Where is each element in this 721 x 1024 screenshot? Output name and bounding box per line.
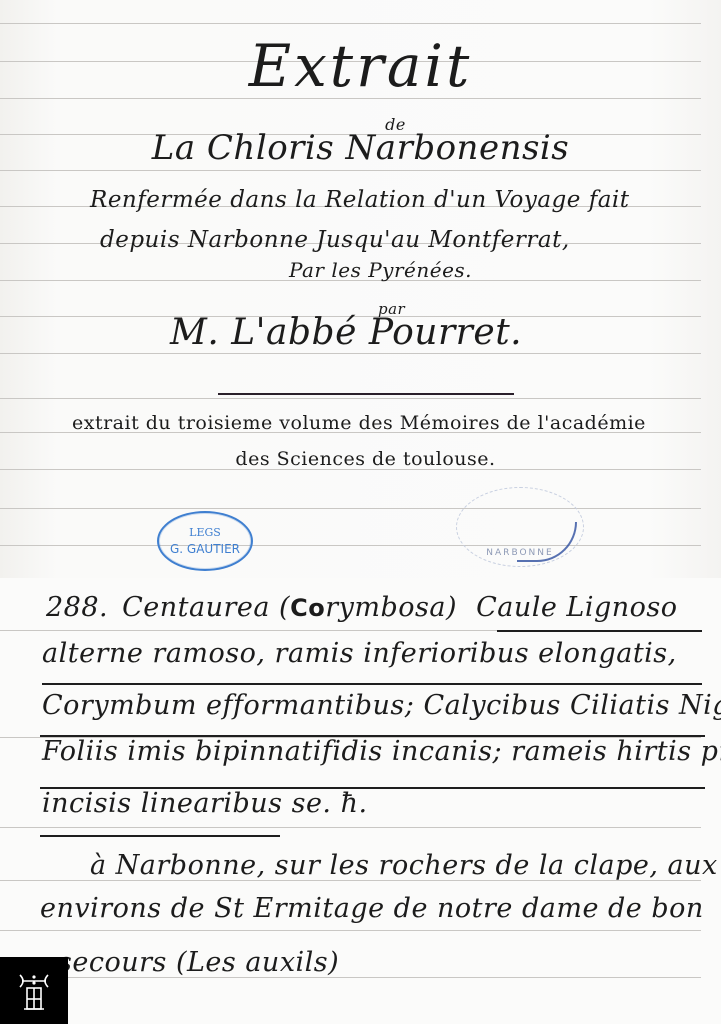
ruled-line — [0, 508, 701, 509]
entry-species-bold: Co — [290, 594, 325, 622]
ruled-line — [0, 827, 701, 828]
habitat-line-2: environs de St Ermitage de notre dame de… — [40, 893, 704, 924]
legs-gautier-stamp: LEGS G. GAUTIER — [157, 511, 253, 571]
subtitle-line-3: Par les Pyrénées. — [0, 258, 721, 282]
entry-line-3: Corymbum efformantibus; Calycibus Ciliat… — [42, 690, 721, 721]
subtitle-line-2: depuis Narbonne Jusqu'au Montferrat, — [100, 227, 570, 253]
ruled-line — [0, 170, 701, 171]
underline — [42, 683, 702, 685]
entry-species: rymbosa) — [325, 592, 457, 623]
subtitle-line-1: Renfermée dans la Relation d'un Voyage f… — [90, 187, 630, 213]
lighthouse-logo-icon — [12, 969, 56, 1013]
entry-line-2: alterne ramoso, ramis inferioribus elong… — [42, 638, 677, 669]
author-name: M. L'abbé Pourret. — [170, 312, 522, 353]
ruled-line — [0, 545, 701, 546]
library-logo-icon — [0, 957, 68, 1024]
source-line-2: des Sciences de toulouse. — [0, 448, 721, 470]
entry-line-4: Foliis imis bipinnatifidis incanis; rame… — [42, 736, 721, 767]
entry-genus: Centaurea ( — [122, 592, 290, 623]
habitat-line-1: à Narbonne, sur les rochers de la clape,… — [90, 850, 718, 881]
entry-line-1: Caule Lignoso — [476, 592, 677, 623]
stamp-line-2: G. GAUTIER — [170, 541, 240, 557]
habitat-line-3: secours (Les auxils) — [58, 947, 339, 978]
source-line-1: extrait du troisieme volume des Mémoires… — [72, 412, 646, 434]
faint-library-stamp: NARBONNE — [456, 487, 584, 567]
underline — [40, 835, 280, 837]
document-title: Extrait — [0, 32, 721, 100]
document-subtitle: La Chloris Narbonensis — [0, 128, 721, 168]
entry-line-5: incisis linearibus se. ħ. — [42, 788, 368, 819]
ruled-line — [0, 398, 701, 399]
stamp-line-1: LEGS — [189, 525, 221, 541]
ruled-line — [0, 930, 701, 931]
title-divider — [218, 393, 514, 395]
entry-heading: 288.Centaurea (Corymbosa) Caule Lignoso — [46, 592, 678, 623]
ruled-line — [0, 353, 701, 354]
underline — [497, 630, 702, 632]
entry-number: 288. — [46, 592, 108, 623]
faint-stamp-text: NARBONNE — [486, 548, 553, 558]
ruled-line — [0, 23, 701, 24]
